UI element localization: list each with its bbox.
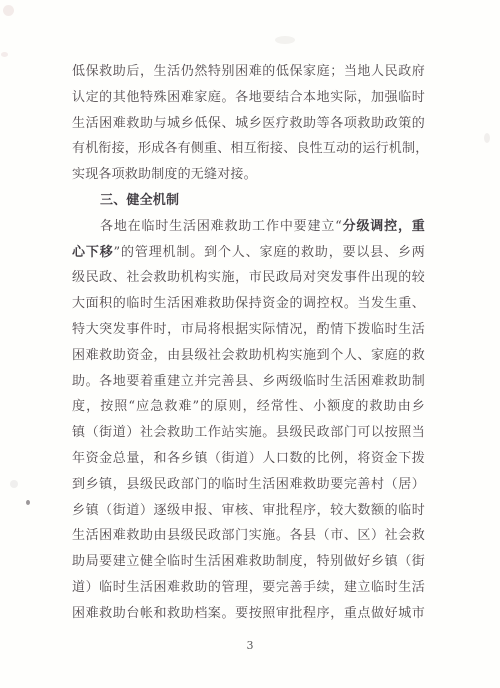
text-line: 有机衔接，形成各有侧重、相互衔接、良性互动的运行机制， [72,136,425,162]
text-line: 低保救助后，生活仍然特别困难的低保家庭；当地人民政府 [72,59,425,85]
text-line: 助。各地要着重建立并完善县、乡两级临时生活困难救助制 [72,369,425,395]
text-line: 级民政、社会救助机构实施，市民政局对突发事件出现的较 [72,265,425,291]
text-line: 年资金总量，和各乡镇（街道）人口数的比例，将资金下拨 [72,446,425,472]
page-number: 3 [0,638,500,654]
text-line: 到乡镇，县级民政部门的临时生活困难救助要完善村（居） [72,472,425,498]
text-line: 助局要建立健全临时生活困难救助制度，特别做好乡镇（街 [72,549,425,575]
scan-speck [3,5,14,16]
text-line: 镇（街道）社会救助工作站实施。县级民政部门可以按照当 [72,420,425,446]
section-heading: 三、健全机制 [72,188,425,214]
document-body-text: 低保救助后，生活仍然特别困难的低保家庭；当地人民政府认定的其他特殊困难家庭。各地… [72,59,425,627]
text-line: 乡镇（街道）逐级申报、审核、审批程序，较大数额的临时 [72,498,425,524]
text-line: 生活困难救助与城乡低保、城乡医疗救助等各项救助政策的 [72,111,425,137]
scan-speck [10,480,18,488]
text-line: 困难救助资金，由县级社会救助机构实施到个人、家庭的救 [72,343,425,369]
document-page: 低保救助后，生活仍然特别困难的低保家庭；当地人民政府认定的其他特殊困难家庭。各地… [0,0,500,688]
scan-speck [26,500,30,505]
scan-speck [275,36,295,44]
scan-speck [484,133,490,143]
text-line: 认定的其他特殊困难家庭。各地要结合本地实际，加强临时 [72,85,425,111]
text-line: 各地在临时生活困难救助工作中要建立“分级调控，重 [72,214,425,240]
text-line: 度，按照“应急救难”的原则，经常性、小额度的救助由乡 [72,394,425,420]
text-line: 道）临时生活困难救助的管理，要完善手续，建立临时生活 [72,575,425,601]
text-line: 困难救助台帐和救助档案。要按照审批程序，重点做好城市 [72,601,425,627]
text-line: 实现各项救助制度的无缝对接。 [72,162,425,188]
text-line: 特大突发事件时，市局将根据实际情况，酌情下拨临时生活 [72,317,425,343]
text-line: 心下移”的管理机制。到个人、家庭的救助，要以县、乡两 [72,240,425,266]
text-line: 大面积的临时生活困难救助保持资金的调控权。当发生重、 [72,291,425,317]
text-line: 生活困难救助由县级民政部门实施。各县（市、区）社会救 [72,523,425,549]
scan-speck [1,52,8,57]
